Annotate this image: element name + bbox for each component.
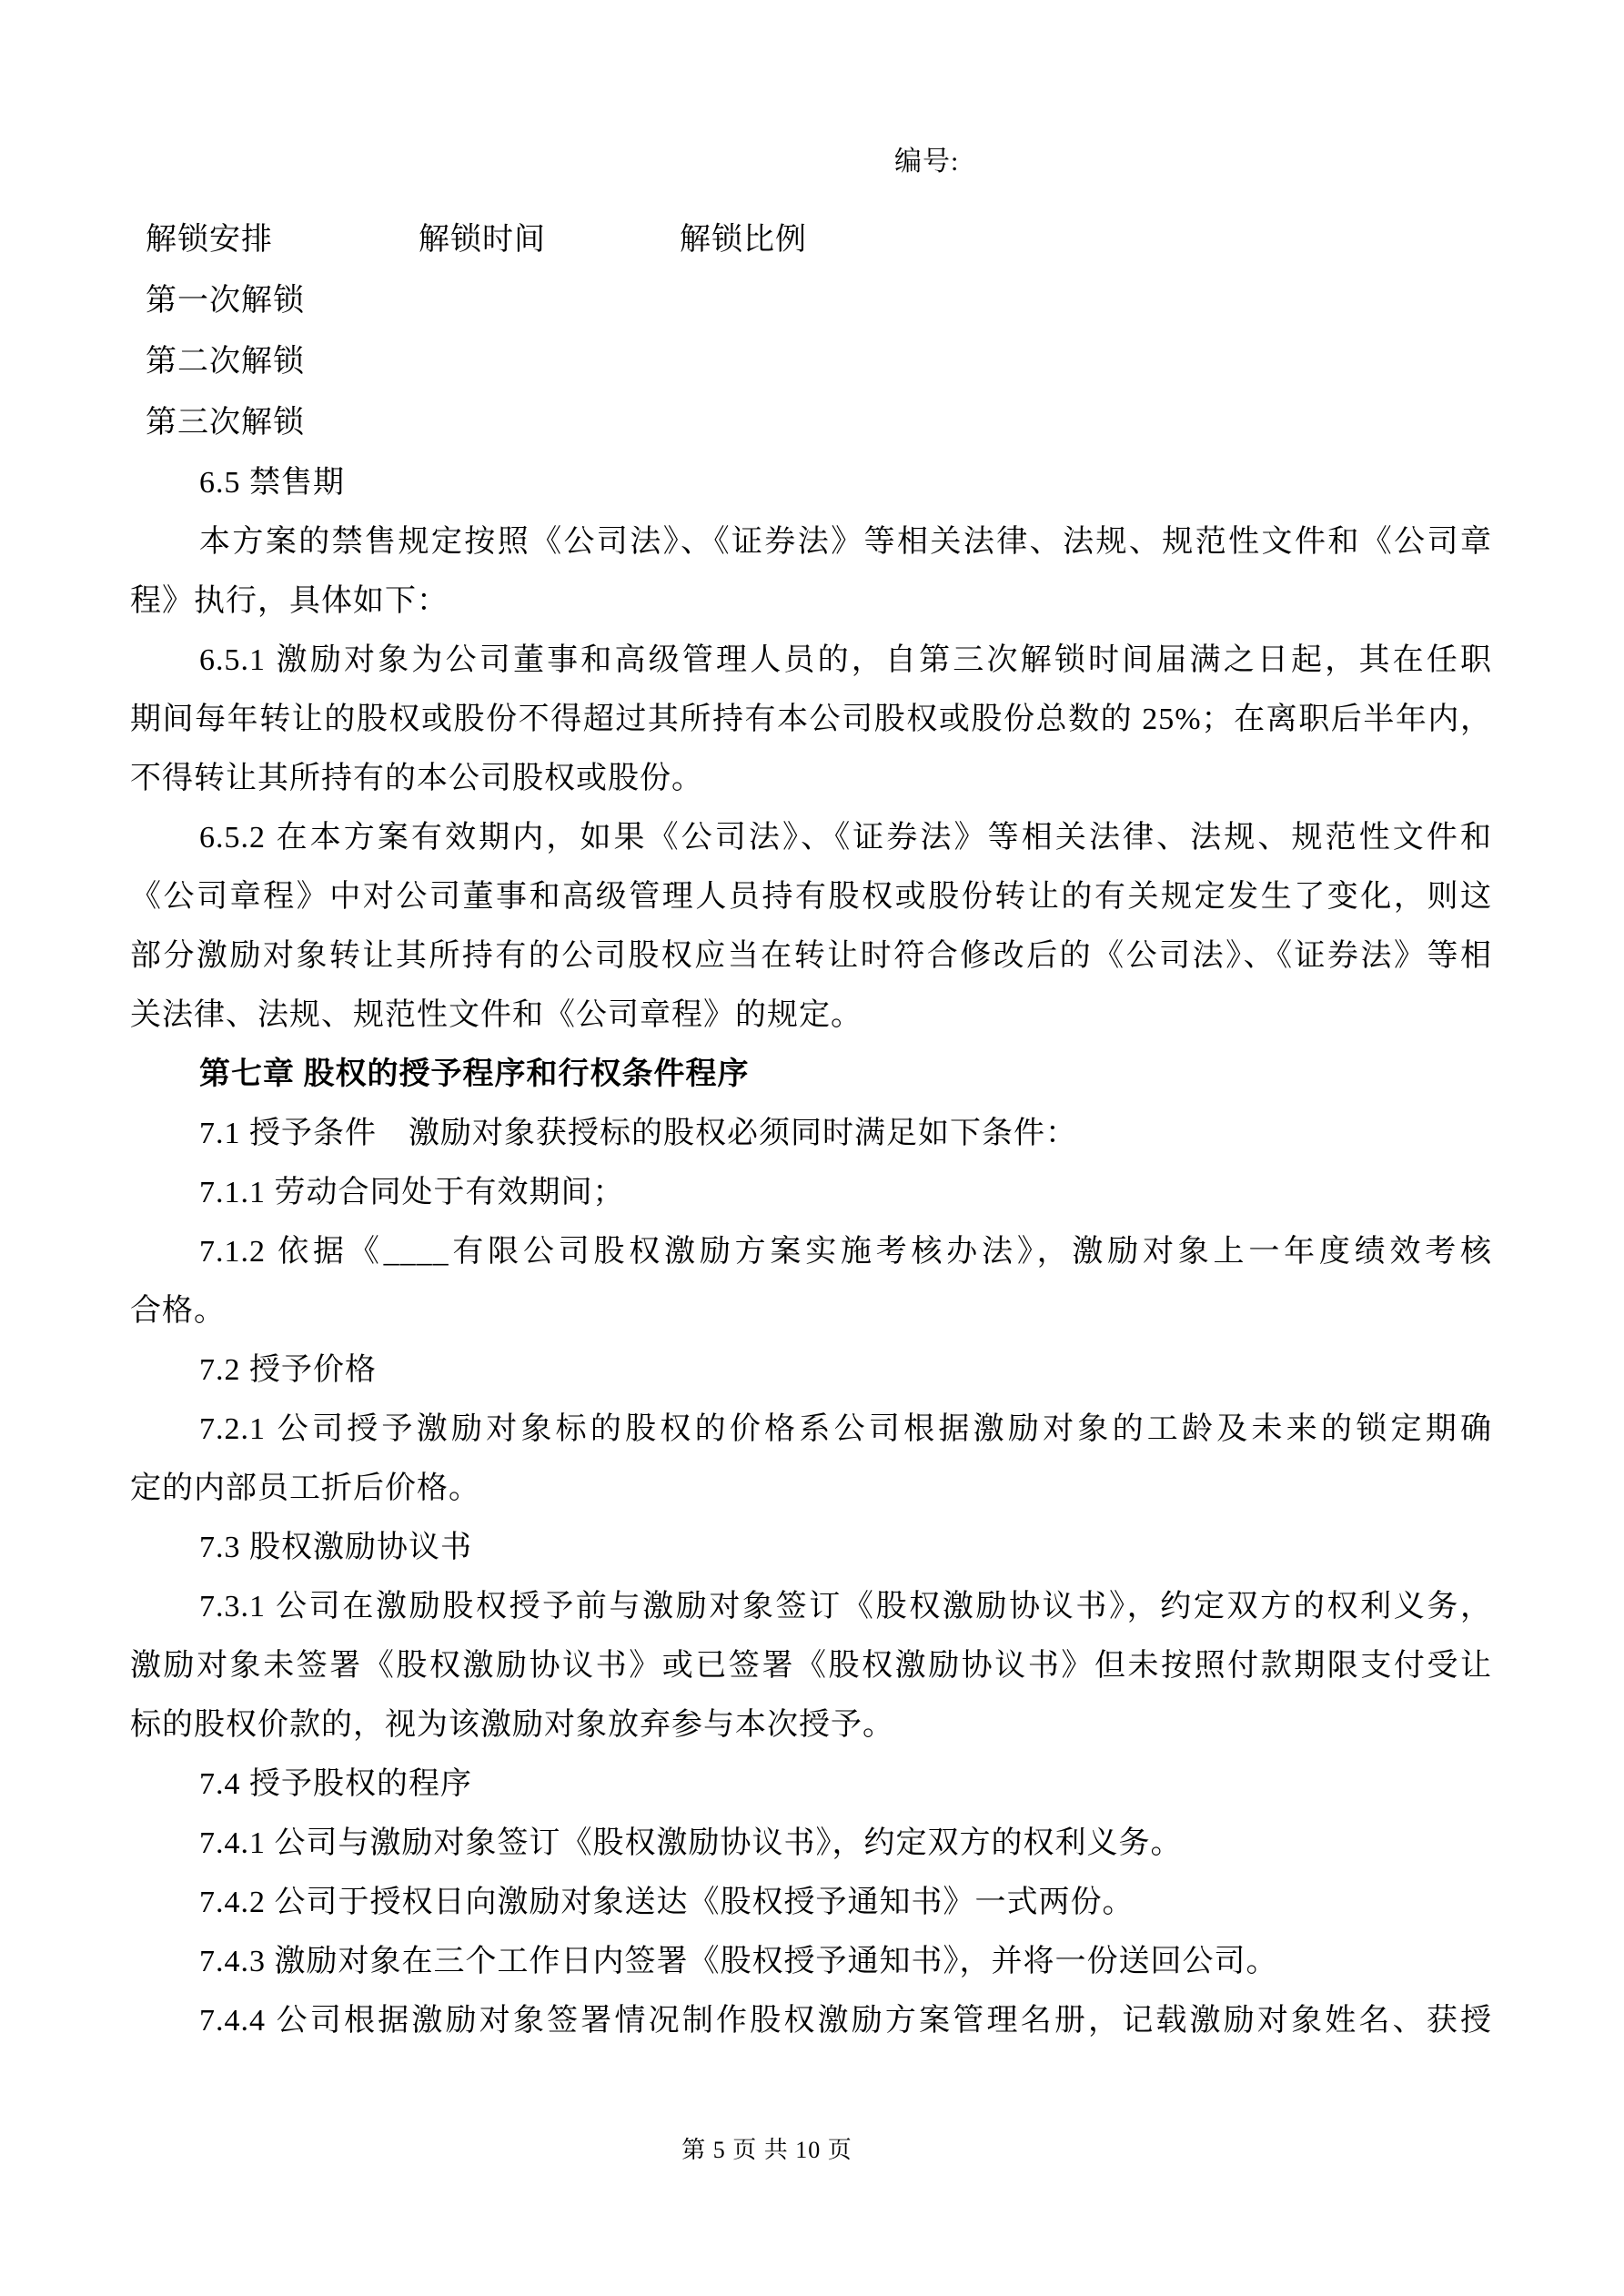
clause-7-3-1-line-2: 激励对象未签署《股权激励协议书》或已签署《股权激励协议书》但未按照付款期限支付受… [130,1636,1492,1695]
clause-7-3-heading: 7.3 股权激励协议书 [130,1518,1492,1577]
document-number-label: 编号: [130,132,1492,191]
table-row-third-unlock: 第三次解锁 [146,392,419,453]
clause-7-4-2: 7.4.2 公司于授权日向激励对象送达《股权授予通知书》一式两份。 [130,1873,1492,1932]
page-content: 编号: 解锁安排 解锁时间 解锁比例 第一次解锁 第二次解锁 第三次解锁 6.5… [130,132,1492,2050]
table-cell-second-ratio [680,331,934,392]
clause-7-1-2-line-2: 合格。 [130,1281,1492,1340]
clause-6-5-2-line-2: 《公司章程》中对公司董事和高级管理人员持有股权或股份转让的有关规定发生了变化，则… [130,867,1492,926]
chapter-7-heading: 第七章 股权的授予程序和行权条件程序 [130,1045,1492,1104]
table-header-time: 解锁时间 [419,209,680,270]
table-header-ratio: 解锁比例 [680,209,934,270]
clause-6-5-1-line-2: 期间每年转让的股权或股份不得超过其所持有本公司股权或股份总数的 25%；在离职后… [130,690,1492,749]
table-cell-first-time [419,270,680,331]
page-number-footer: 第 5 页 共 10 页 [130,2120,1404,2180]
clause-7-4-heading: 7.4 授予股权的程序 [130,1755,1492,1814]
table-cell-first-ratio [680,270,934,331]
clause-7-1: 7.1 授予条件 激励对象获授标的股权必须同时满足如下条件： [130,1104,1492,1163]
clause-7-1-2-line-1: 7.1.2 依据《____有限公司股权激励方案实施考核办法》，激励对象上一年度绩… [130,1222,1492,1281]
table-cell-third-ratio [680,392,934,453]
document-page: 编号: 解锁安排 解锁时间 解锁比例 第一次解锁 第二次解锁 第三次解锁 6.5… [0,0,1624,2296]
clause-7-4-4-line-1: 7.4.4 公司根据激励对象签署情况制作股权激励方案管理名册，记载激励对象姓名、… [130,1991,1492,2050]
clause-7-1-1: 7.1.1 劳动合同处于有效期间； [130,1163,1492,1222]
clause-7-4-3: 7.4.3 激励对象在三个工作日内签署《股权授予通知书》，并将一份送回公司。 [130,1932,1492,1991]
table-row-first-unlock: 第一次解锁 [146,270,419,331]
table-row-second-unlock: 第二次解锁 [146,331,419,392]
clause-6-5-2-line-4: 关法律、法规、规范性文件和《公司章程》的规定。 [130,986,1492,1045]
clause-7-3-1-line-3: 标的股权价款的，视为该激励对象放弃参与本次授予。 [130,1695,1492,1755]
table-cell-second-time [419,331,680,392]
clause-6-5-1-line-1: 6.5.1 激励对象为公司董事和高级管理人员的，自第三次解锁时间届满之日起，其在… [130,631,1492,690]
table-cell-third-time [419,392,680,453]
clause-7-4-1: 7.4.1 公司与激励对象签订《股权激励协议书》，约定双方的权利义务。 [130,1814,1492,1873]
table-header-arrangement: 解锁安排 [146,209,419,270]
clause-7-2-1-line-2: 定的内部员工折后价格。 [130,1459,1492,1518]
clause-6-5-heading: 6.5 禁售期 [130,453,1492,512]
clause-6-5-1-line-3: 不得转让其所持有的本公司股权或股份。 [130,749,1492,808]
clause-7-2-1-line-1: 7.2.1 公司授予激励对象标的股权的价格系公司根据激励对象的工龄及未来的锁定期… [130,1400,1492,1459]
clause-6-5-2-line-1: 6.5.2 在本方案有效期内，如果《公司法》、《证券法》等相关法律、法规、规范性… [130,808,1492,867]
para-lockup-line-2: 程》执行，具体如下： [130,571,1492,631]
para-lockup-line-1: 本方案的禁售规定按照《公司法》、《证券法》等相关法律、法规、规范性文件和《公司章 [130,512,1492,571]
unlock-schedule-table: 解锁安排 解锁时间 解锁比例 第一次解锁 第二次解锁 第三次解锁 [146,209,1492,453]
clause-6-5-2-line-3: 部分激励对象转让其所持有的公司股权应当在转让时符合修改后的《公司法》、《证券法》… [130,926,1492,986]
clause-7-3-1-line-1: 7.3.1 公司在激励股权授予前与激励对象签订《股权激励协议书》，约定双方的权利… [130,1577,1492,1636]
clause-7-2-heading: 7.2 授予价格 [130,1340,1492,1400]
